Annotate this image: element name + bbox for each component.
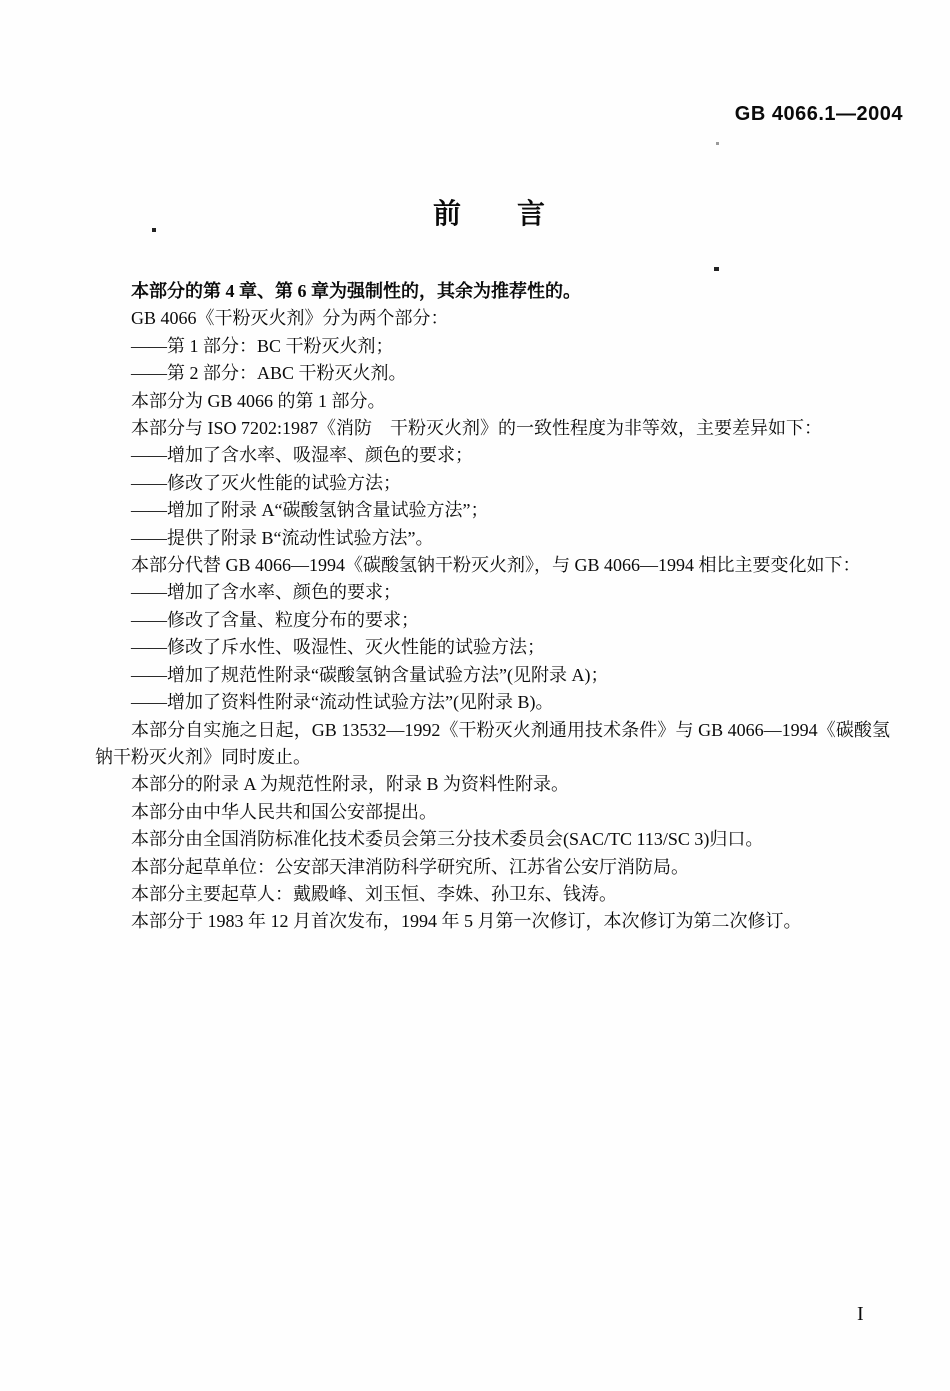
foreword-paragraph: ——第 2 部分：ABC 干粉灭火剂。 xyxy=(95,360,890,387)
foreword-paragraph: 本部分的附录 A 为规范性附录，附录 B 为资料性附录。 xyxy=(95,771,890,798)
foreword-paragraph: ——修改了含量、粒度分布的要求； xyxy=(95,607,890,634)
foreword-paragraph: 本部分起草单位：公安部天津消防科学研究所、江苏省公安厅消防局。 xyxy=(95,854,890,881)
foreword-paragraph: 本部分为 GB 4066 的第 1 部分。 xyxy=(95,388,890,415)
foreword-paragraph: ——增加了规范性附录“碳酸氢钠含量试验方法”(见附录 A)； xyxy=(95,662,890,689)
foreword-paragraph: ——增加了含水率、吸湿率、颜色的要求； xyxy=(95,442,890,469)
scan-speck xyxy=(714,267,719,271)
foreword-paragraph: ——第 1 部分：BC 干粉灭火剂； xyxy=(95,333,890,360)
foreword-paragraph: ——增加了附录 A“碳酸氢钠含量试验方法”； xyxy=(95,497,890,524)
foreword-paragraph: ——增加了含水率、颜色的要求； xyxy=(95,579,890,606)
foreword-paragraph: 本部分与 ISO 7202:1987《消防 干粉灭火剂》的一致性程度为非等效，主… xyxy=(95,415,890,442)
foreword-paragraph: ——提供了附录 B“流动性试验方法”。 xyxy=(95,525,890,552)
foreword-paragraph: 本部分的第 4 章、第 6 章为强制性的，其余为推荐性的。 xyxy=(95,278,890,305)
foreword-paragraph: 本部分由中华人民共和国公安部提出。 xyxy=(95,799,890,826)
foreword-paragraph: ——修改了灭火性能的试验方法； xyxy=(95,470,890,497)
scanned-standard-page: GB 4066.1—2004 前 言 本部分的第 4 章、第 6 章为强制性的，… xyxy=(0,0,950,1391)
foreword-paragraph: GB 4066《干粉灭火剂》分为两个部分： xyxy=(95,305,890,332)
standard-code: GB 4066.1—2004 xyxy=(735,103,903,126)
foreword-paragraph: 本部分于 1983 年 12 月首次发布，1994 年 5 月第一次修订，本次修… xyxy=(95,908,890,935)
scan-speck xyxy=(716,142,719,145)
foreword-paragraph: ——增加了资料性附录“流动性试验方法”(见附录 B)。 xyxy=(95,689,890,716)
foreword-paragraph: ——修改了斥水性、吸湿性、灭火性能的试验方法； xyxy=(95,634,890,661)
page-title: 前 言 xyxy=(0,192,950,232)
foreword-paragraph: 本部分代替 GB 4066—1994《碳酸氢钠干粉灭火剂》，与 GB 4066—… xyxy=(95,552,890,579)
page-number: I xyxy=(857,1303,864,1326)
foreword-body: 本部分的第 4 章、第 6 章为强制性的，其余为推荐性的。GB 4066《干粉灭… xyxy=(95,278,890,936)
foreword-paragraph: 本部分由全国消防标准化技术委员会第三分技术委员会(SAC/TC 113/SC 3… xyxy=(95,826,890,853)
foreword-paragraph: 本部分自实施之日起，GB 13532—1992《干粉灭火剂通用技术条件》与 GB… xyxy=(95,717,890,772)
foreword-paragraph: 本部分主要起草人：戴殿峰、刘玉恒、李姝、孙卫东、钱涛。 xyxy=(95,881,890,908)
